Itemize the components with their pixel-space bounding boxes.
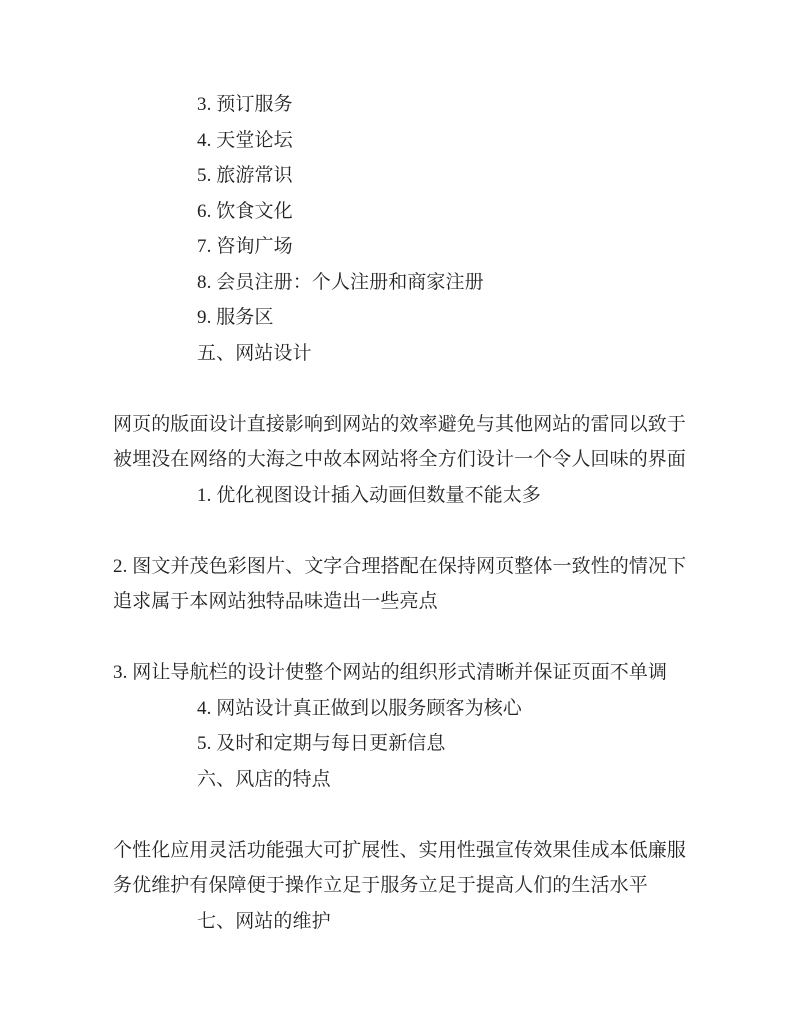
text-line: 1. 优化视图设计插入动画但数量不能太多 xyxy=(113,478,723,514)
document-content: 3. 预订服务4. 天堂论坛5. 旅游常识6. 饮食文化7. 咨询广场8. 会员… xyxy=(113,87,723,939)
text-line: 个性化应用灵活功能强大可扩展性、实用性强宣传效果佳成本低廉服 xyxy=(113,833,723,869)
text-line: 务优维护有保障便于操作立足于服务立足于提高人们的生活水平 xyxy=(113,868,723,904)
text-line: 追求属于本网站独特品味造出一些亮点 xyxy=(113,584,723,620)
blank-line xyxy=(113,620,723,656)
text-line: 被埋没在网络的大海之中故本网站将全方们设计一个令人回味的界面 xyxy=(113,442,723,478)
text-line: 3. 网让导航栏的设计使整个网站的组织形式清晰并保证页面不单调 xyxy=(113,655,723,691)
text-line: 网页的版面设计直接影响到网站的效率避免与其他网站的雷同以致于 xyxy=(113,407,723,443)
text-line: 8. 会员注册：个人注册和商家注册 xyxy=(113,265,723,301)
text-line: 3. 预订服务 xyxy=(113,87,723,123)
text-line: 7. 咨询广场 xyxy=(113,229,723,265)
blank-line xyxy=(113,371,723,407)
blank-line xyxy=(113,513,723,549)
text-line: 4. 网站设计真正做到以服务顾客为核心 xyxy=(113,691,723,727)
text-line: 2. 图文并茂色彩图片、文字合理搭配在保持网页整体一致性的情况下 xyxy=(113,549,723,585)
text-line: 5. 及时和定期与每日更新信息 xyxy=(113,726,723,762)
text-line: 5. 旅游常识 xyxy=(113,158,723,194)
text-line: 9. 服务区 xyxy=(113,300,723,336)
text-line: 五、网站设计 xyxy=(113,336,723,372)
text-line: 6. 饮食文化 xyxy=(113,194,723,230)
text-line: 七、网站的维护 xyxy=(113,904,723,940)
text-line: 六、风店的特点 xyxy=(113,762,723,798)
document-page: 3. 预订服务4. 天堂论坛5. 旅游常识6. 饮食文化7. 咨询广场8. 会员… xyxy=(0,0,792,1025)
blank-line xyxy=(113,797,723,833)
text-line: 4. 天堂论坛 xyxy=(113,123,723,159)
